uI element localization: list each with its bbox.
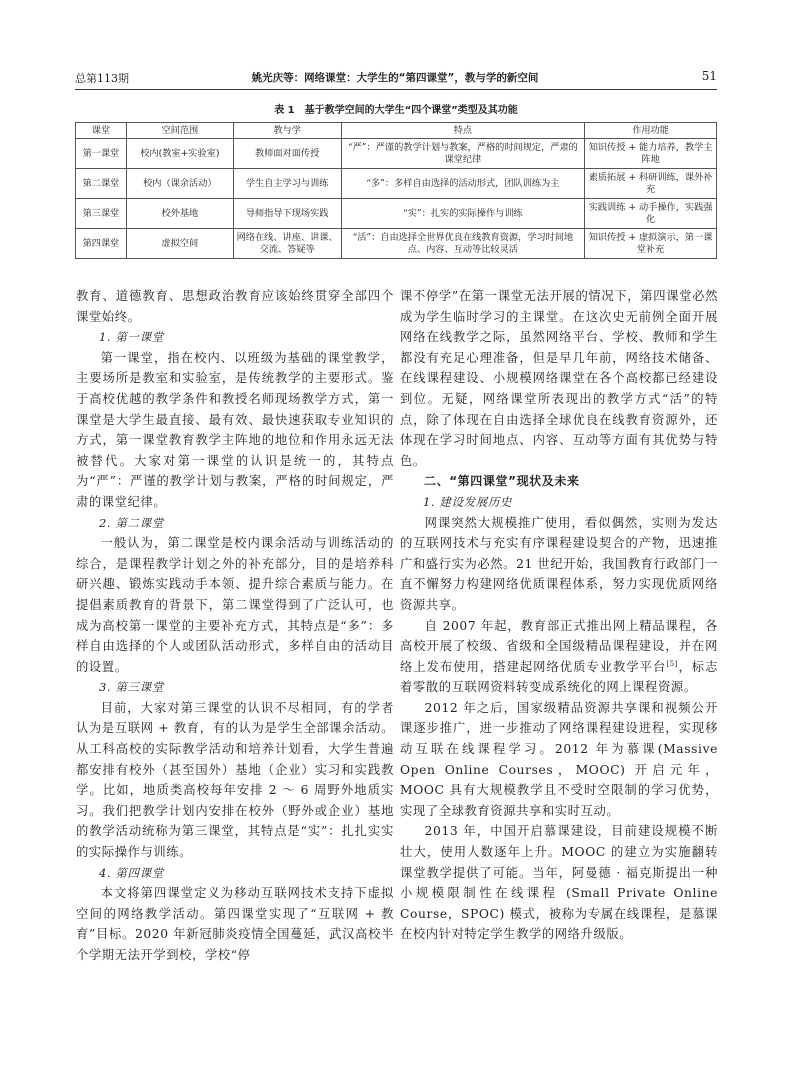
table-cell: 第三课堂 [76,199,127,229]
table-cell: 第一课堂 [76,139,127,169]
table-cell: “实”：扎实的实际操作与训练 [341,199,585,229]
table-caption: 表 1 基于教学空间的大学生“四个课堂”类型及其功能 [75,101,717,116]
table-cell: 虚拟空间 [126,229,233,259]
table-cell: 导师指导下现场实践 [233,199,341,229]
paragraph: 2013 年，中国开启慕课建设，目前建设规模不断壮大，使用人数逐年上升。MOOC… [400,821,718,945]
table-cell: 第四课堂 [76,229,127,259]
table-cell: 学生自主学习与训练 [233,169,341,199]
paragraph: 自 2007 年起，教育部正式推出网上精品课程，各高校开展了校级、省级和全国级精… [400,616,718,698]
page-number: 51 [702,69,717,83]
column-header: 特点 [341,123,585,139]
subsection-heading: 1. 建设发展历史 [400,492,718,513]
right-text-column: 课不停学”在第一课堂无法开展的情况下，第四课堂必然成为学生临时学习的主课堂。在这… [400,286,718,945]
subsection-heading: 3. 第三课堂 [76,677,394,698]
table-cell: 校内(教室+实验室) [126,139,233,169]
table-cell: 素质拓展 + 科研训练，课外补充 [585,169,717,199]
paragraph: 一般认为，第二课堂是校内课余活动与训练活动的综合，是课程教学计划之外的补充部分，… [76,533,394,677]
table-header-row: 课堂 空间范围 教与学 特点 作用功能 [76,123,717,139]
column-header: 作用功能 [585,123,717,139]
table-row: 第四课堂 虚拟空间 网络在线、讲座、讲课、交流、答疑等 “活”：自由选择全世界优… [76,229,717,259]
subsection-heading: 2. 第二课堂 [76,513,394,534]
column-header: 空间范围 [126,123,233,139]
paragraph: 本文将第四课堂定义为移动互联网技术支持下虚拟空间的网络教学活动。第四课堂实现了“… [76,883,394,965]
paragraph: 教育、道德教育、思想政治教育应该始终贯穿全部四个课堂始终。 [76,286,394,327]
four-classrooms-table: 课堂 空间范围 教与学 特点 作用功能 第一课堂 校内(教室+实验室) 教师面对… [75,122,717,259]
paragraph: 第一课堂，指在校内、以班级为基础的课堂教学，主要场所是教室和实验室，是传统教学的… [76,348,394,513]
left-text-column: 教育、道德教育、思想政治教育应该始终贯穿全部四个课堂始终。 1. 第一课堂 第一… [76,286,394,966]
paragraph: 2012 年之后，国家级精品资源共享课和视频公开课逐步推广，进一步推动了网络课程… [400,698,718,822]
issue-number: 总第113期 [75,70,129,86]
table-cell: 知识传授 + 虚拟演示，第一课堂补充 [585,229,717,259]
table-row: 第二课堂 校内（课余活动） 学生自主学习与训练 “多”：多样自由选择的活动形式，… [76,169,717,199]
table-row: 第一课堂 校内(教室+实验室) 教师面对面传授 “严”：严谨的教学计划与教案，严… [76,139,717,169]
table-cell: 知识传授 + 能力培养，教学主阵地 [585,139,717,169]
table-cell: 教师面对面传授 [233,139,341,169]
column-header: 教与学 [233,123,341,139]
table-cell: 第二课堂 [76,169,127,199]
table-cell: 实践训练 + 动手操作，实践强化 [585,199,717,229]
section-heading: 二、“第四课堂”现状及未来 [400,471,718,492]
subsection-heading: 1. 第一课堂 [76,327,394,348]
table-cell: 网络在线、讲座、讲课、交流、答疑等 [233,229,341,259]
column-header: 课堂 [76,123,127,139]
table-cell: 校外基地 [126,199,233,229]
table-cell: “多”：多样自由选择的活动形式，团队训练为主 [341,169,585,199]
table-cell: 校内（课余活动） [126,169,233,199]
paragraph: 目前，大家对第三课堂的认识不尽相同，有的学者认为是互联网 + 教育，有的认为是学… [76,698,394,863]
running-header: 总第113期 姚光庆等：网络课堂：大学生的“第四课堂”，教与学的新空间 51 [75,68,717,90]
paragraph: 网课突然大规模推广使用，看似偶然，实则为发达的互联网技术与充实有序课程建设契合的… [400,513,718,616]
citation-reference: [5] [666,660,678,668]
table-cell: “严”：严谨的教学计划与教案，严格的时间规定，严肃的课堂纪律 [341,139,585,169]
running-title: 姚光庆等：网络课堂：大学生的“第四课堂”，教与学的新空间 [205,70,585,85]
table-cell: “活”：自由选择全世界优良在线教育资源，学习时间地点、内容、互动等比较灵活 [341,229,585,259]
subsection-heading: 4. 第四课堂 [76,863,394,884]
table-row: 第三课堂 校外基地 导师指导下现场实践 “实”：扎实的实际操作与训练 实践训练 … [76,199,717,229]
paragraph: 课不停学”在第一课堂无法开展的情况下，第四课堂必然成为学生临时学习的主课堂。在这… [400,286,718,471]
